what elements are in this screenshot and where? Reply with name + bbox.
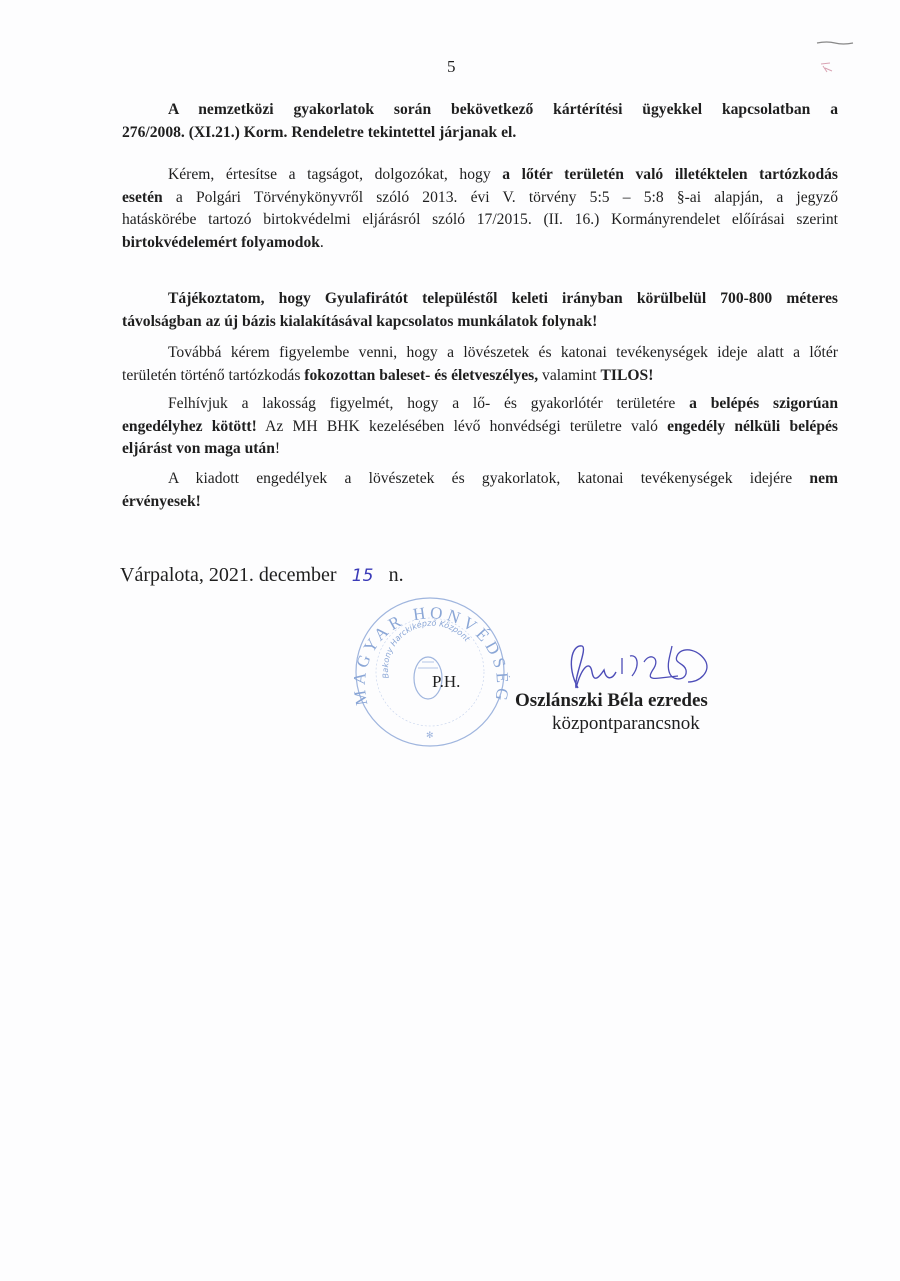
p5-bold: eljárást von maga után [122, 440, 275, 457]
paragraph-entry-permit: Felhívjuk a lakosság figyelmét, hogy a l… [122, 393, 838, 461]
paragraph-damages: A nemzetközi gyakorlatok során bekövetke… [122, 99, 838, 144]
p5-text: Az MH BHK kezelésében lévő honvédségi te… [257, 418, 667, 435]
page-number: 5 [447, 57, 456, 77]
handwritten-signature [560, 636, 720, 696]
p4-text: Továbbá kérem figyelembe venni, hogy a l… [168, 344, 838, 361]
p4-text: valamint [538, 367, 600, 384]
p2-bold: a lőtér területén való illetéktelen tart… [502, 166, 838, 183]
p1-line-2: 276/2008. (XI.21.) Korm. Rendeletre teki… [122, 124, 516, 141]
signer-name: Oszlánszki Béla ezredes [515, 690, 708, 712]
p2-text: Kérem, értesítse a tagságot, dolgozókat,… [168, 166, 502, 183]
p3-line-1: Tájékoztatom, hogy Gyulafirátót települé… [168, 290, 838, 307]
scan-mark-red [818, 60, 836, 76]
p6-text: A kiadott engedélyek a lövészetek és gya… [168, 470, 809, 487]
p5-bold: engedélyhez kötött! [122, 418, 257, 435]
p6-bold: érvényesek! [122, 493, 201, 510]
place-date-text: Várpalota, 2021. december [120, 564, 337, 586]
p4-text: területén történő tartózkodás [122, 367, 304, 384]
p5-text: Felhívjuk a lakosság figyelmét, hogy a l… [168, 395, 689, 412]
paragraph-trespass: Kérem, értesítse a tagságot, dolgozókat,… [122, 164, 838, 254]
p4-bold: TILOS! [601, 367, 654, 384]
paragraph-permits-invalid: A kiadott engedélyek a lövészetek és gya… [122, 468, 838, 513]
svg-text:✻: ✻ [426, 730, 434, 740]
signer-title: központparancsnok [552, 713, 700, 735]
ph-label: P.H. [432, 672, 460, 692]
p2-text: . [320, 234, 324, 251]
paragraph-construction-notice: Tájékoztatom, hogy Gyulafirátót települé… [122, 288, 838, 333]
p2-bold: birtokvédelemért folyamodok [122, 234, 320, 251]
p1-line-1: A nemzetközi gyakorlatok során bekövetke… [168, 101, 838, 118]
handwritten-day: 15 [342, 566, 384, 586]
scan-mark [815, 33, 855, 39]
official-stamp: MAGYAR HONVÉDSÉG Bakony Harckiképző Közp… [350, 596, 510, 748]
date-suffix: n. [389, 564, 404, 586]
p2-text: a Polgári Törvénykönyvről szóló 2013. év… [163, 189, 838, 206]
p5-bold: a belépés szigorúan [689, 395, 838, 412]
paragraph-danger-warning: Továbbá kérem figyelembe venni, hogy a l… [122, 342, 838, 387]
svg-text:MAGYAR HONVÉDSÉG: MAGYAR HONVÉDSÉG [350, 603, 510, 707]
p4-bold: fokozottan baleset- és életveszélyes, [304, 367, 538, 384]
p5-bold: engedély nélküli belépés [667, 418, 838, 435]
place-date: Várpalota, 2021. december 15 n. [120, 564, 404, 587]
p2-bold: esetén [122, 189, 163, 206]
p3-line-2: távolságban az új bázis kialakításával k… [122, 313, 597, 330]
p6-bold: nem [809, 470, 838, 487]
p5-text: ! [275, 440, 280, 457]
stamp-outer-text: MAGYAR HONVÉDSÉG [350, 603, 510, 707]
p2-text: hatáskörébe tartozó birtokvédelmi eljárá… [122, 211, 838, 228]
